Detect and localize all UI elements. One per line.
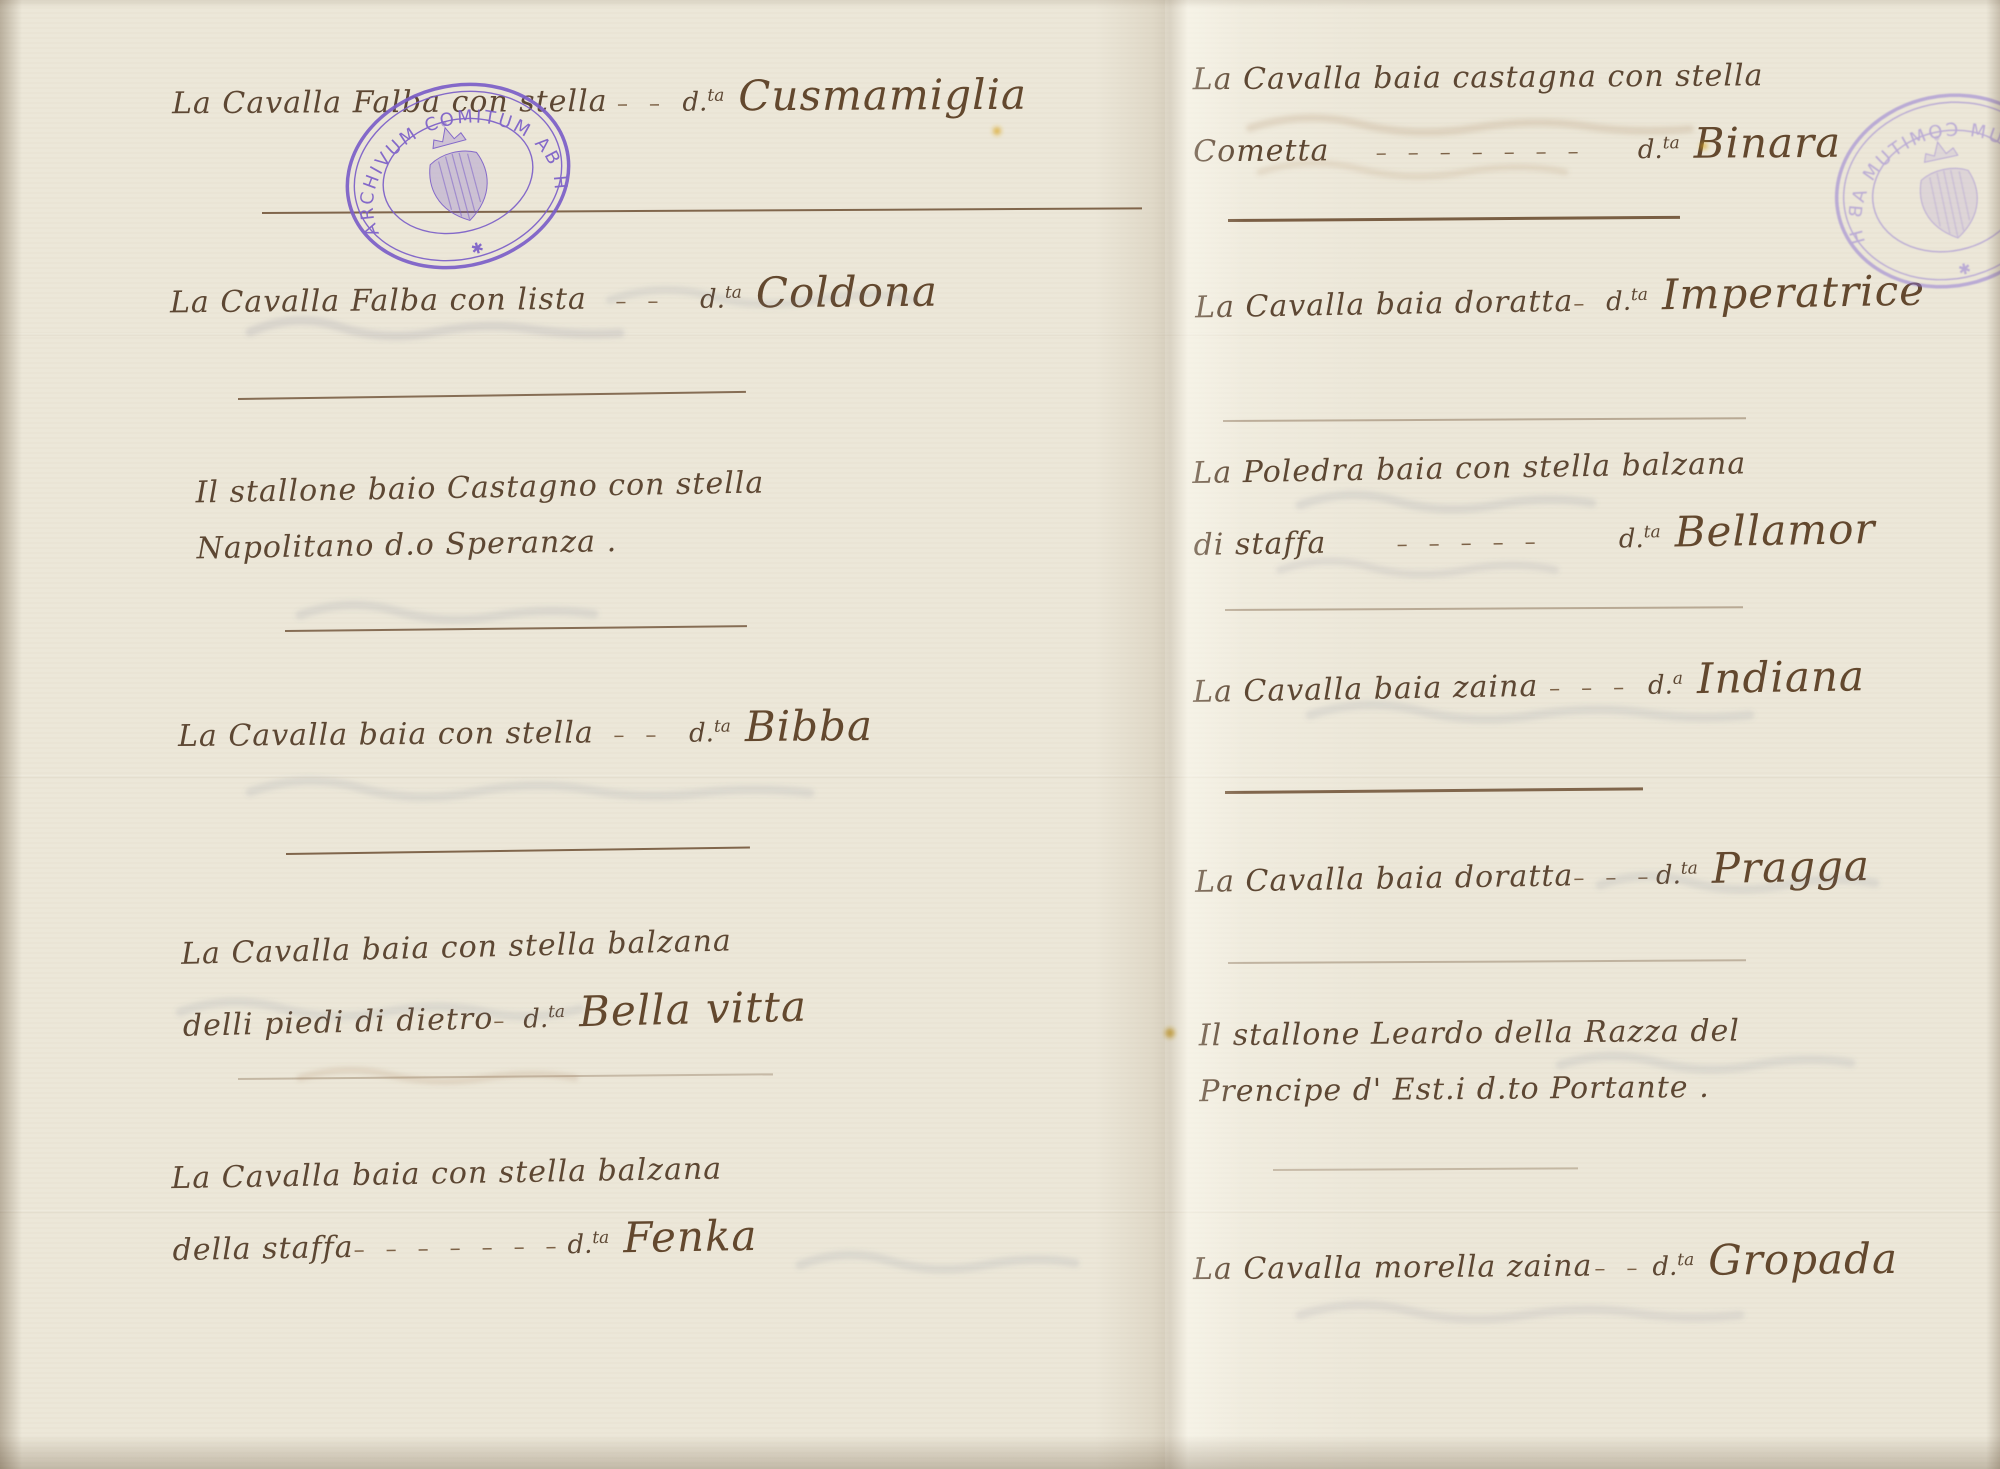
entry-description: di staffa <box>1193 515 1327 573</box>
horse-name: Bellamor <box>1674 490 1876 571</box>
entry-divider <box>238 1073 773 1080</box>
detta-abbreviation: d.ta <box>1656 851 1699 900</box>
entry-divider <box>1228 216 1680 222</box>
entry-divider <box>262 207 1142 214</box>
dash-leader: – – – <box>1538 668 1642 710</box>
horse-name: Gropada <box>1708 1220 1898 1299</box>
entry-divider <box>1225 787 1643 793</box>
dash-leader: – – – <box>1573 284 1601 325</box>
dash-leader: – – <box>607 85 676 126</box>
horse-name: Coldona <box>756 253 939 332</box>
right-page: La Cavalla baia castagna con stellaComet… <box>1165 0 2000 1469</box>
entry-description: La Cavalla baia doratta <box>1195 848 1574 910</box>
entry-description: La Cavalla morella zaina <box>1193 1239 1593 1298</box>
entry-description: La Cavalla baia zaina <box>1193 659 1539 721</box>
manuscript-spread: La Cavalla Falba con stella– –d.taCusmam… <box>0 0 2000 1469</box>
horse-name: Fenka <box>623 1196 759 1276</box>
detta-abbreviation: d.ta <box>1606 277 1649 326</box>
entry-description: Prencipe d' Est.i d.to Portante . <box>1199 1059 1710 1119</box>
left-page: La Cavalla Falba con stella– –d.taCusmam… <box>0 0 1165 1469</box>
dash-leader: – – – – – – <box>493 1001 518 1042</box>
entry-description: Il stallone baio Castagno con stella <box>195 455 765 520</box>
horse-entry: La Cavalla baia doratta– – –d.taImperatr… <box>1194 252 1925 342</box>
entry-description: La Cavalla baia con stella <box>178 705 594 764</box>
detta-abbreviation: d.ta <box>689 709 731 757</box>
entry-description: La Cavalla baia castagna con stella <box>1193 48 1764 107</box>
entry-divider <box>1223 417 1746 422</box>
entry-divider <box>1273 1167 1578 1171</box>
entry-description: La Poledra baia con stella balzana <box>1192 436 1747 501</box>
entry-divider <box>1225 606 1743 611</box>
entry-divider <box>286 847 750 855</box>
detta-abbreviation: d.ta <box>567 1220 610 1269</box>
entry-description: La Cavalla Falba con lista <box>170 272 587 331</box>
horse-entry: La Cavalla baia con stella– –d.taBibba <box>178 687 874 771</box>
dash-leader: – – – – – – – – <box>353 1227 562 1271</box>
entry-description: La Cavalla baia doratta <box>1195 274 1574 336</box>
detta-abbreviation: d.ta <box>523 994 566 1043</box>
entry-description: Napolitano d.o Speranza . <box>196 514 618 577</box>
dash-leader: – – – <box>1573 858 1650 900</box>
detta-abbreviation: d.ta <box>1638 125 1680 173</box>
entry-divider <box>1228 959 1746 964</box>
dash-leader: – – – – – <box>1326 521 1613 567</box>
detta-abbreviation: d.ta <box>700 275 742 323</box>
entry-divider <box>285 625 747 632</box>
horse-name: Pragga <box>1711 827 1871 907</box>
horse-name: Cusmamiglia <box>738 56 1027 135</box>
entry-description: della staffa <box>172 1219 354 1278</box>
horse-entry: La Cavalla baia con stella balzanadelli … <box>180 913 748 1060</box>
horse-entry: La Cavalla baia castagna con stellaComet… <box>1193 48 1842 186</box>
dash-leader: – – <box>1592 1249 1646 1290</box>
entry-description: Cometta <box>1193 123 1330 179</box>
entry-description: La Cavalla baia con stella balzana <box>171 1142 723 1207</box>
horse-name: Indiana <box>1696 637 1865 718</box>
entry-description: La Cavalla Falba con stella <box>172 74 608 132</box>
horse-entry: Il stallone baio Castagno con stellaNapo… <box>195 455 817 577</box>
horse-name: Bibba <box>745 687 874 766</box>
entry-description: delli piedi di dietro <box>182 991 494 1054</box>
detta-abbreviation: d.ta <box>1652 1243 1694 1291</box>
entry-divider <box>238 391 746 400</box>
horse-name: Bella vitta <box>578 967 808 1050</box>
horse-entry: La Poledra baia con stella balzanadi sta… <box>1192 434 1876 579</box>
horse-name: Imperatrice <box>1661 252 1925 334</box>
detta-abbreviation: d.ta <box>682 78 724 126</box>
horse-entry: La Cavalla baia zaina– – –d.aIndiana <box>1192 637 1865 726</box>
horse-entry: La Cavalla Falba con lista– –d.taColdona <box>170 253 939 337</box>
horse-entry: La Cavalla Falba con stella– –d.taCusmam… <box>172 56 1027 138</box>
dash-leader: – – <box>594 716 684 757</box>
detta-abbreviation: d.a <box>1648 661 1684 710</box>
horse-entry: La Cavalla baia con stella balzanadella … <box>171 1141 758 1284</box>
dash-leader: – – <box>587 282 695 324</box>
detta-abbreviation: d.ta <box>1618 514 1661 563</box>
dash-leader: – – – – – – – <box>1329 132 1632 175</box>
horse-name: Binara <box>1693 103 1841 182</box>
horse-entry: La Cavalla morella zaina– –d.taGropada <box>1193 1220 1899 1304</box>
horse-entry: La Cavalla baia doratta– – –d.taPragga <box>1194 827 1870 916</box>
horse-entry: Il stallone Leardo della Razza delPrenci… <box>1199 1004 1730 1120</box>
entry-description: Il stallone Leardo della Razza del <box>1199 1004 1741 1064</box>
